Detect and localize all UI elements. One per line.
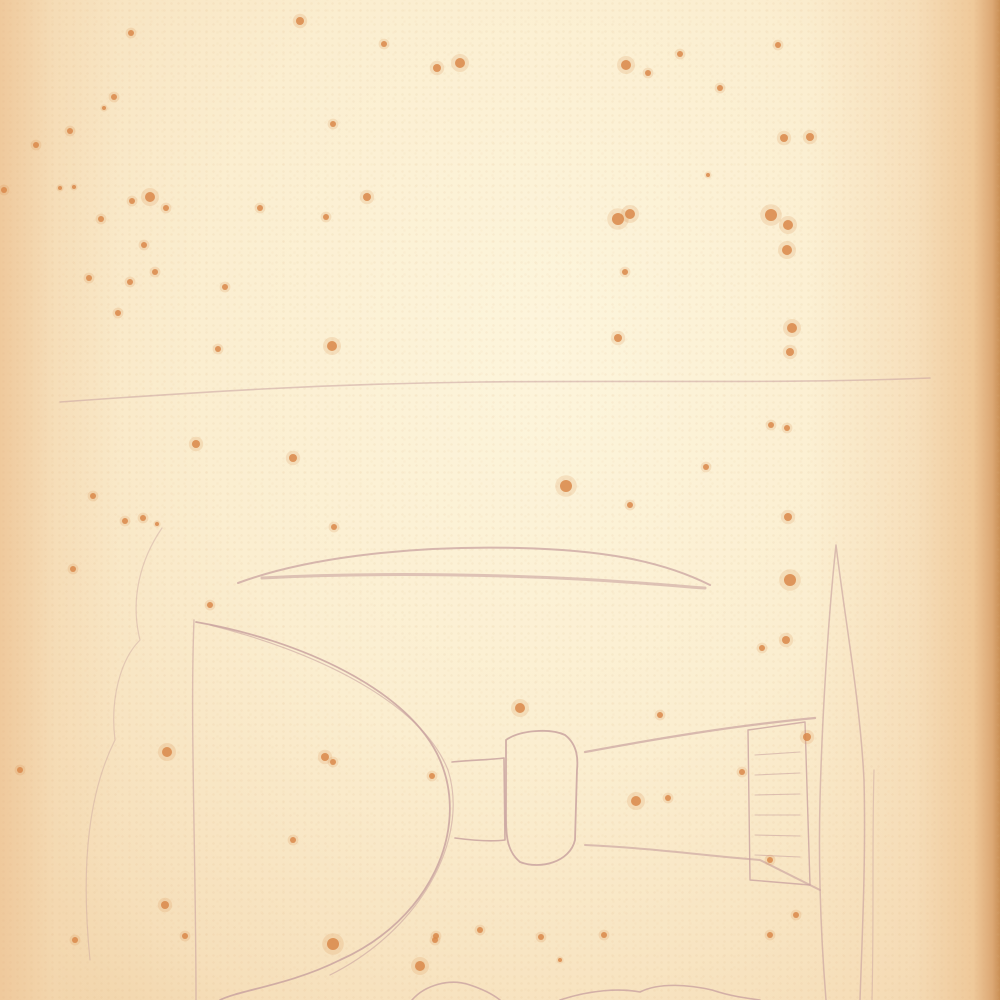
foxing-spot [614,334,622,342]
foxing-spot [717,85,723,91]
bottom-round-form [412,982,500,1000]
foxing-spot [290,837,296,843]
foxing-spot [433,64,441,72]
foxing-spot [331,524,337,530]
foxing-spot [72,937,78,943]
foxing-spot [98,216,104,222]
foxing-spot [622,269,628,275]
foxing-spots [0,14,817,975]
foxing-spot [222,284,228,290]
foxing-spot [784,513,792,521]
foxing-spot [775,42,781,48]
foxing-spot [127,279,133,285]
upper-tapered-stroke [238,548,710,585]
foxing-spot [768,422,774,428]
upper-tapered-stroke-inner [262,575,705,588]
foxing-spot [787,323,797,333]
foxing-spot [455,58,465,68]
bottom-wavy-form [560,985,760,1000]
foxing-spot [296,17,304,25]
foxing-spot [477,927,483,933]
sketchbook-page [0,0,1000,1000]
foxing-spot [665,795,671,801]
stem-collar [452,758,505,841]
foxing-spot [111,94,117,100]
foxing-spot [67,128,73,134]
foxing-spot [182,933,188,939]
foxing-spot [782,636,790,644]
foxing-spot [289,454,297,462]
foxing-spot [560,480,572,492]
foxing-spot [625,209,635,219]
foxing-spot [215,346,221,352]
horizon-line [60,378,930,402]
foxing-spot [1,187,7,193]
foxing-spot [155,522,159,526]
foxing-spot [515,703,525,713]
foxing-spot [17,767,23,773]
foxing-spot [784,425,790,431]
foot-ribs [755,752,800,857]
foxing-spot [767,857,773,863]
foxing-spot [677,51,683,57]
foxing-spot [140,515,146,521]
foxing-spot [645,70,651,76]
foxing-spot [806,133,814,141]
foxing-spot [432,937,438,943]
stem-knop [506,731,577,865]
foxing-spot [657,712,663,718]
foxing-spot [621,60,631,70]
foxing-spot [72,185,76,189]
foxing-spot [703,464,709,470]
foxing-spot [257,205,263,211]
foxing-spot [207,602,213,608]
frame-left-line [193,620,196,1000]
pencil-drawing [0,0,1000,1000]
left-wavy-contour [86,528,162,960]
foxing-spot [631,796,641,806]
side-inner-line [872,770,874,1000]
foxing-spot [803,733,811,741]
foxing-spot [782,245,792,255]
foxing-spot [163,205,169,211]
foxing-spot [415,961,425,971]
foxing-spot [115,310,121,316]
foxing-spot [793,912,799,918]
foxing-spot [152,269,158,275]
foxing-spot [90,493,96,499]
foxing-spot [122,518,128,524]
foxing-spot [102,106,106,110]
foxing-spot [784,574,796,586]
foxing-spot [141,242,147,248]
foxing-spot [538,934,544,940]
foxing-spot [429,773,435,779]
foxing-spot [601,932,607,938]
foxing-spot [33,142,39,148]
foxing-spot [381,41,387,47]
foxing-spot [783,220,793,230]
foxing-spot [323,214,329,220]
foxing-spot [627,502,633,508]
foxing-spot [327,938,339,950]
foxing-spot [58,186,62,190]
foxing-spot [129,198,135,204]
foxing-spot [780,134,788,142]
foxing-spot [327,341,337,351]
foxing-spot [767,932,773,938]
foxing-spot [86,275,92,281]
side-tall-figure [819,545,864,1000]
foxing-spot [128,30,134,36]
foxing-spot [363,193,371,201]
foxing-spot [765,209,777,221]
foxing-spot [161,901,169,909]
foxing-spot [162,747,172,757]
foxing-spot [330,121,336,127]
foxing-spot [192,440,200,448]
foxing-spot [739,769,745,775]
foxing-spot [558,958,562,962]
foxing-spot [759,645,765,651]
foxing-spot [786,348,794,356]
foot-top-line [585,718,815,752]
foxing-spot [145,192,155,202]
foxing-spot [330,759,336,765]
foxing-spot [706,173,710,177]
foxing-spot [70,566,76,572]
foxing-spot [321,753,329,761]
bowl-outline-double [210,625,453,975]
